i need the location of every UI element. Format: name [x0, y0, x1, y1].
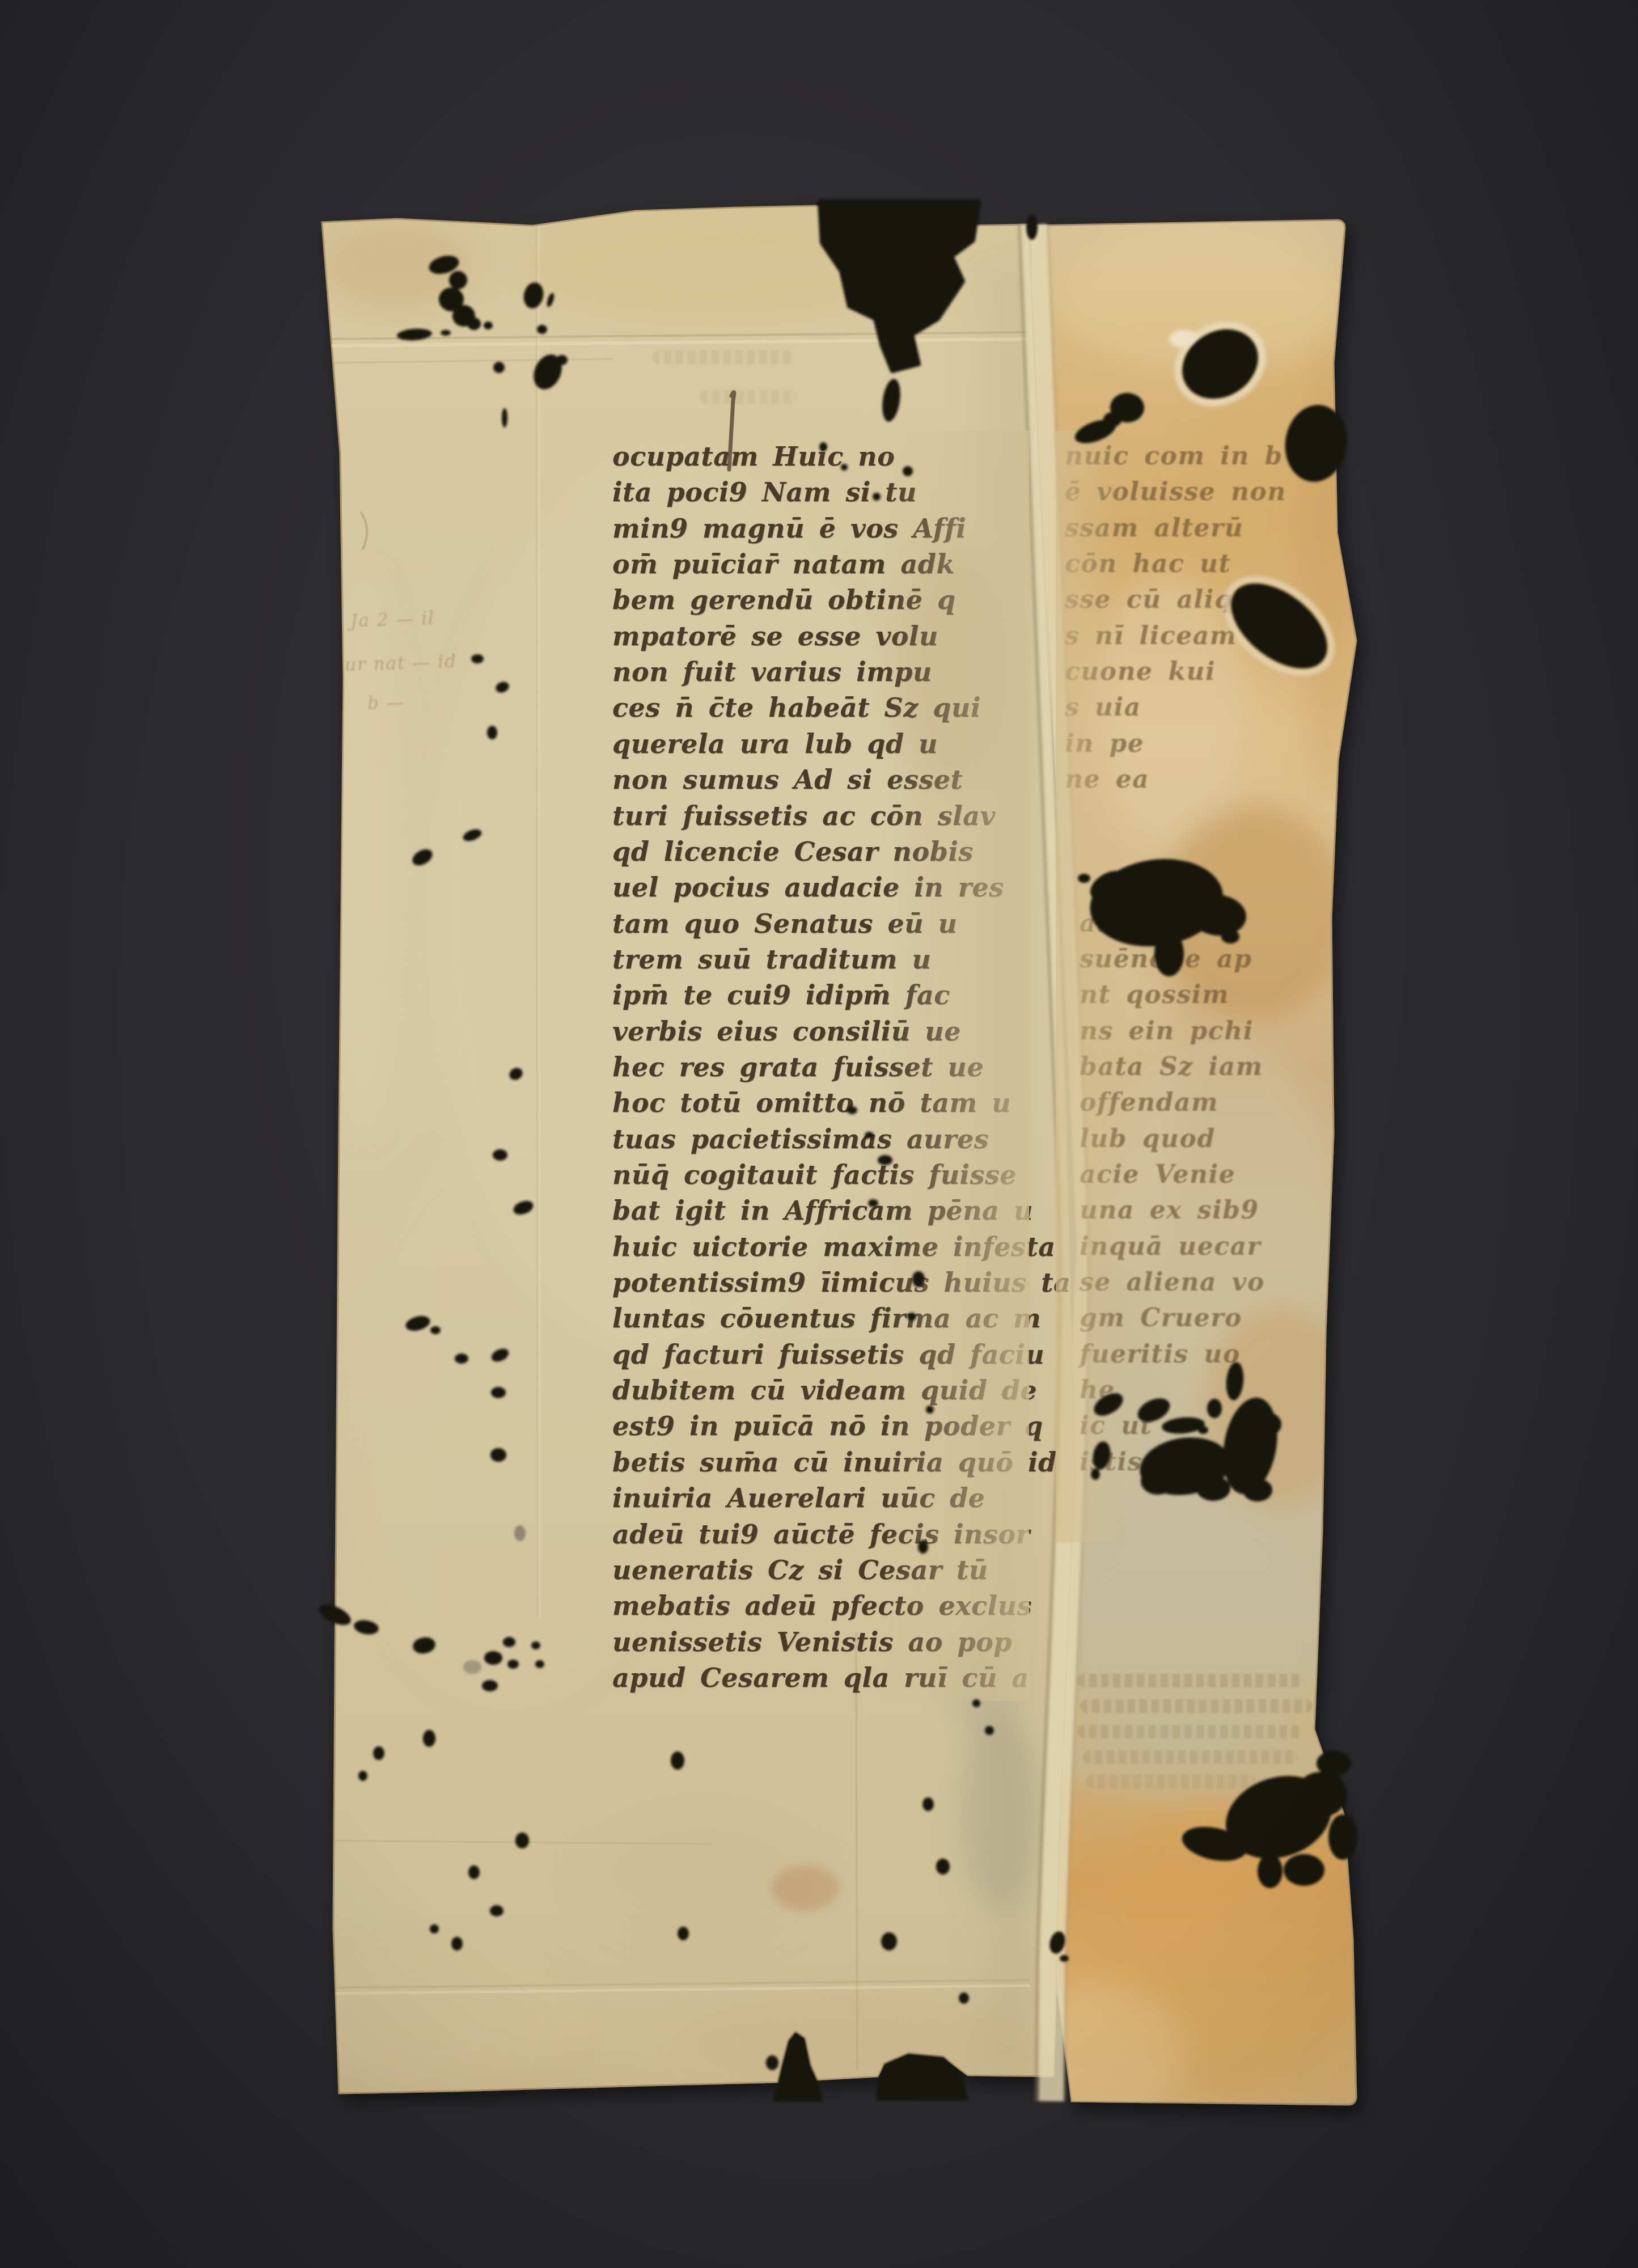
manuscript-photo: Ja 2 — il ur nat — id b — ocupatam Huic …	[0, 0, 1638, 2268]
top-edge-tear	[820, 202, 1038, 501]
oval-hole	[1163, 310, 1277, 418]
edge-blot	[1280, 401, 1352, 486]
bottom-edge-tears	[773, 2032, 968, 2101]
ink-blot-mushroom	[1072, 393, 1144, 448]
ink-blot-cluster-top-left	[396, 253, 848, 471]
worm-hole-trail	[316, 654, 1069, 2070]
teardrop-hole	[1209, 560, 1349, 691]
ink-blot-large	[1078, 850, 1248, 976]
ink-blot-cluster-mid	[1090, 1361, 1284, 1501]
holes-and-blots	[0, 0, 1638, 2268]
bottom-right-tear	[1179, 1751, 1357, 1888]
